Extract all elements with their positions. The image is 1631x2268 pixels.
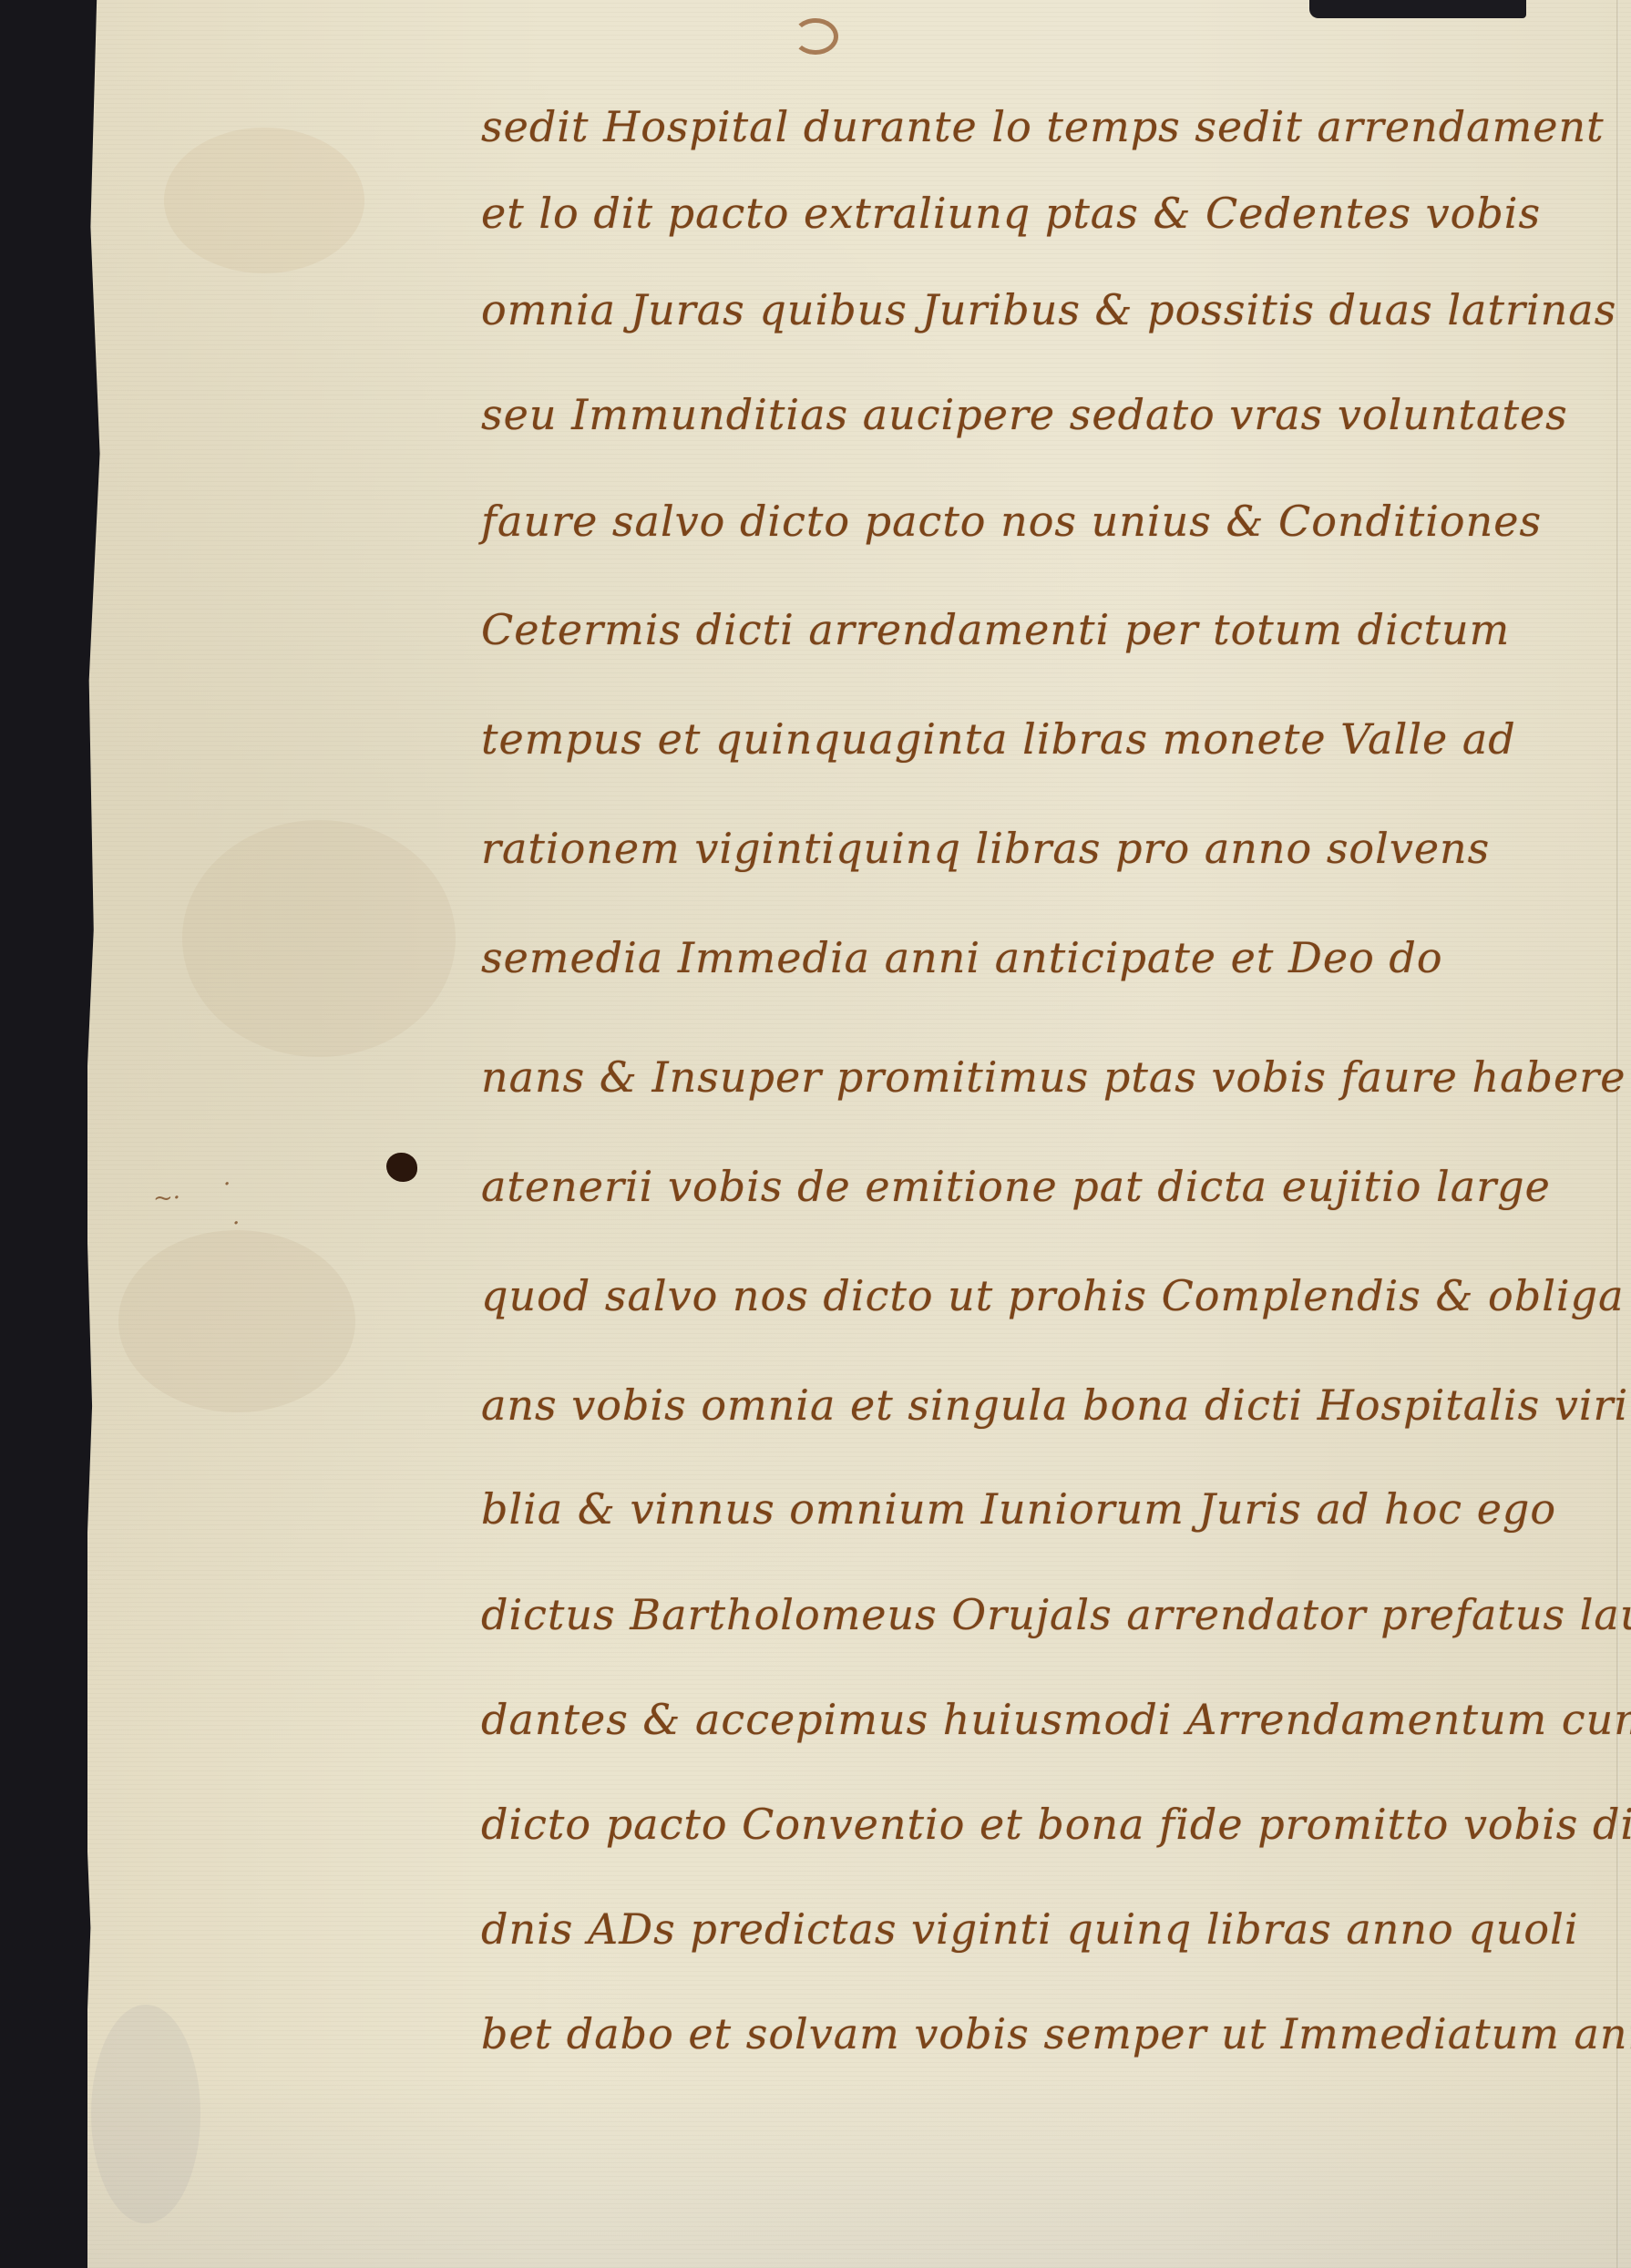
- text-line: et lo dit pacto extraliunq ptas & Cedent…: [481, 189, 1602, 238]
- top-ink-mark: [793, 18, 838, 55]
- text-line: atenerii vobis de emitione pat dicta euj…: [481, 1162, 1602, 1211]
- top-dark-notch: [1309, 0, 1526, 18]
- text-line: faure salvo dicto pacto nos unius & Cond…: [481, 497, 1602, 546]
- text-line: ans vobis omnia et singula bona dicti Ho…: [481, 1380, 1602, 1430]
- text-line: blia & vinnus omnium Iuniorum Juris ad h…: [481, 1484, 1602, 1534]
- text-line: dicto pacto Conventio et bona fide promi…: [481, 1800, 1602, 1849]
- page-bottom-shade: [87, 2078, 1631, 2268]
- margin-ink-mark: .: [232, 1203, 240, 1230]
- text-line: omnia Juras quibus Juribus & possitis du…: [481, 285, 1602, 334]
- text-line: rationem vigintiquinq libras pro anno so…: [481, 824, 1602, 873]
- text-line: Cetermis dicti arrendamenti per totum di…: [481, 605, 1602, 654]
- text-line: semedia Immedia anni anticipate et Deo d…: [481, 933, 1602, 982]
- text-line: bet dabo et solvam vobis semper ut Immed…: [481, 2009, 1602, 2058]
- text-line: seu Immunditias aucipere sedato vras vol…: [481, 390, 1602, 439]
- paper-stain: [164, 128, 364, 273]
- margin-ink-mark: ·: [223, 1171, 231, 1198]
- text-line: dnis ADs predictas viginti quinq libras …: [481, 1904, 1602, 1954]
- paper-stain: [91, 2005, 200, 2223]
- paper-stain: [182, 820, 456, 1057]
- ink-blot: [386, 1153, 417, 1182]
- text-line: dantes & accepimus huiusmodi Arrendament…: [481, 1695, 1602, 1744]
- text-line: sedit Hospital durante lo temps sedit ar…: [481, 102, 1602, 151]
- margin-ink-mark: ~·: [153, 1185, 180, 1212]
- binding-fold: [1616, 0, 1619, 2268]
- text-line: tempus et quinquaginta libras monete Val…: [481, 714, 1602, 764]
- text-line: nans & Insuper promitimus ptas vobis fau…: [481, 1052, 1602, 1102]
- paper-stain: [118, 1230, 355, 1412]
- text-line: quod salvo nos dicto ut prohis Complendi…: [481, 1271, 1602, 1320]
- text-line: dictus Bartholomeus Orujals arrendator p…: [481, 1590, 1602, 1639]
